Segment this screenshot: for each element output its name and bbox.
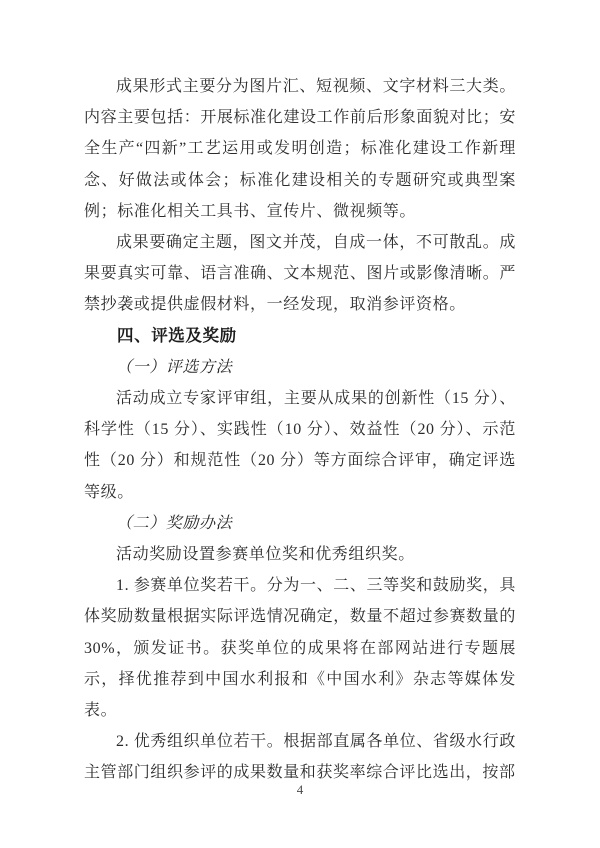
paragraph-excellent-organization-award: 2. 优秀组织单位若干。根据部直属各单位、省级水行政主管部门组织参评的成果数量和… (84, 726, 516, 788)
paragraph-achievement-requirements: 成果要确定主题，图文并茂，自成一体，不可散乱。成果要真实可靠、语言准确、文本规范… (84, 227, 516, 321)
paragraph-selection-method: 活动成立专家评审组，主要从成果的创新性（15 分）、科学性（15 分）、实践性（… (84, 383, 516, 508)
document-page: 成果形式主要分为图片汇、短视频、文字材料三大类。内容主要包括：开展标准化建设工作… (0, 0, 600, 848)
document-body: 成果形式主要分为图片汇、短视频、文字材料三大类。内容主要包括：开展标准化建设工作… (84, 71, 516, 789)
subsection-heading-award-method: （二）奖励办法 (84, 508, 516, 539)
page-number: 4 (0, 781, 600, 799)
subsection-heading-selection-method: （一）评选方法 (84, 352, 516, 383)
paragraph-participant-unit-award: 1. 参赛单位奖若干。分为一、二、三等奖和鼓励奖，具体奖励数量根据实际评选情况确… (84, 570, 516, 726)
section-heading-selection-and-awards: 四、评选及奖励 (84, 321, 516, 352)
paragraph-award-setup: 活动奖励设置参赛单位奖和优秀组织奖。 (84, 539, 516, 570)
paragraph-achievement-forms: 成果形式主要分为图片汇、短视频、文字材料三大类。内容主要包括：开展标准化建设工作… (84, 71, 516, 227)
